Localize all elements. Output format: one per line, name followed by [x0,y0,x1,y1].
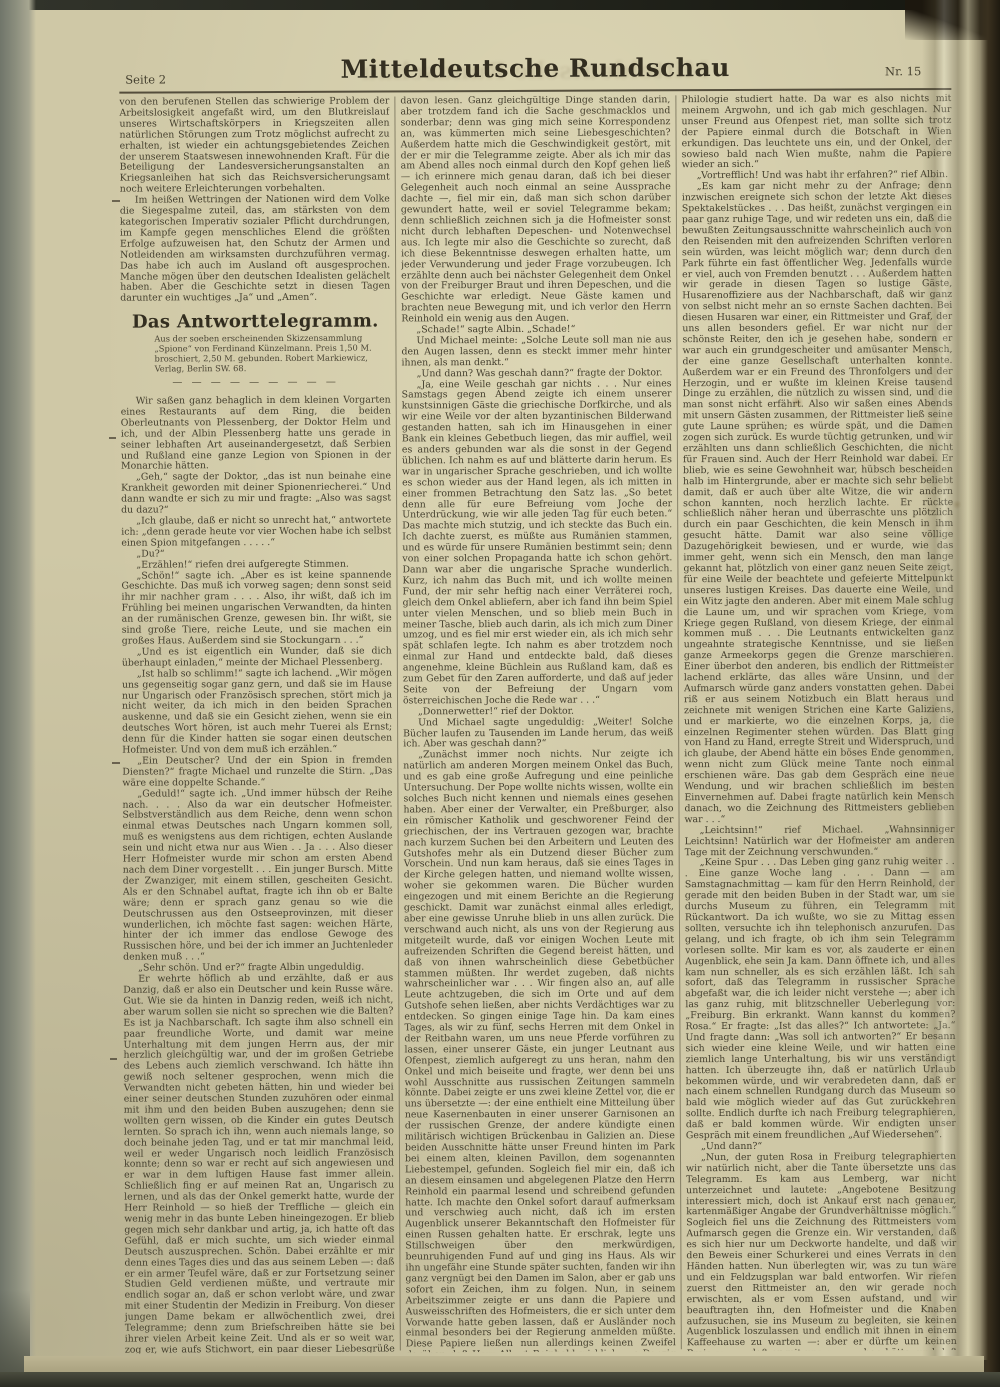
paragraph: „Ist halb so schlimm!“ sagte ich lachend… [122,668,392,756]
scan-left-edge [0,0,36,1387]
credit-line: broschiert, 2,50 M. gebunden. Robert Mar… [154,353,386,364]
paragraph: „Geduld!“ sagte ich. „Und immer hübsch d… [122,788,393,964]
paragraph: Im heißen Wettringen der Nationen wird d… [120,195,390,305]
paragraph: „Ja, eine Weile geschah gar nichts . . .… [402,379,673,707]
header-rule [119,88,951,94]
paragraph: Er wehrte höflich ab und erzählte, daß e… [123,974,395,1354]
paragraph: davon lesen. Ganz gleichgültige Dinge st… [400,95,671,325]
page-content: Mitteldeutsche Rundschau Seite 2 Mitteld… [0,0,1000,1387]
paragraph: „Ich glaube, daß er nicht so unrecht hat… [121,515,391,549]
article-headline: Das Antworttelegramm. [120,317,390,329]
paragraph: „Leichtsinn!“ rief Michael. „Wahnsinnige… [685,825,955,859]
paragraph: „Zunächst immer noch nichts. Nur zeigte … [403,750,676,1353]
text-columns: von den berufenen Stellen das schwierige… [119,94,956,1354]
issue-number-label: Nr. 15 [885,64,921,78]
scan-bottom-edge [0,1372,1000,1387]
scanned-newspaper-scene: Mitteldeutsche Rundschau Seite 2 Mitteld… [0,0,1000,1387]
article-credit: Aus der soeben erscheinenden Skizzensamm… [154,333,386,374]
paragraph: Philologie studiert hatte. Da war es als… [681,94,951,172]
paragraph: „Schön!“ sagte ich. „Aber es ist keine s… [121,570,391,648]
story-text-col1: Wir saßen ganz behaglich in dem kleinen … [121,396,395,1354]
paragraph: „Keine Spur . . . Das Leben ging ganz ru… [685,857,956,1142]
paragraph: „Geh,“ sagte der Doktor, „das ist nun be… [121,472,391,517]
paragraph: „Ein Deutscher? Und der ein Spion in fre… [122,755,392,789]
intro-article-continuation: von den berufenen Stellen das schwierige… [119,96,390,304]
underlying-page-edge [24,1356,984,1373]
paragraph: Wir saßen ganz behaglich in dem kleinen … [121,396,391,474]
column-1: von den berufenen Stellen das schwierige… [119,96,394,1353]
paragraph: „Es kam gar nicht mehr zu der Anfrage; d… [682,181,955,826]
column-2: davon lesen. Ganz gleichgültige Dinge st… [400,95,675,1352]
dashed-separator: — — — — — — — — — [121,378,391,390]
paragraph: Und Michael sagte ungeduldig: „Weiter! S… [403,717,673,751]
paragraph: „Nun, der guten Rosa in Freiburg telegra… [686,1152,957,1351]
paragraph: Und Michael meinte: „Solche Leute soll m… [401,335,671,369]
paragraph: von den berufenen Stellen das schwierige… [119,96,389,195]
scan-top-edge [0,0,1000,10]
column-3: Philologie studiert hatte. Da war es als… [681,94,956,1351]
paragraph: „Und es ist eigentlich ein Wunder, daß s… [122,646,392,669]
page-fold-edge [922,0,1000,1387]
credit-line: Verlag, Berlin SW. 68. [155,363,387,374]
column-rule [394,96,400,1350]
newspaper-masthead: Mitteldeutsche Rundschau [119,52,951,85]
column-rule [675,95,681,1349]
